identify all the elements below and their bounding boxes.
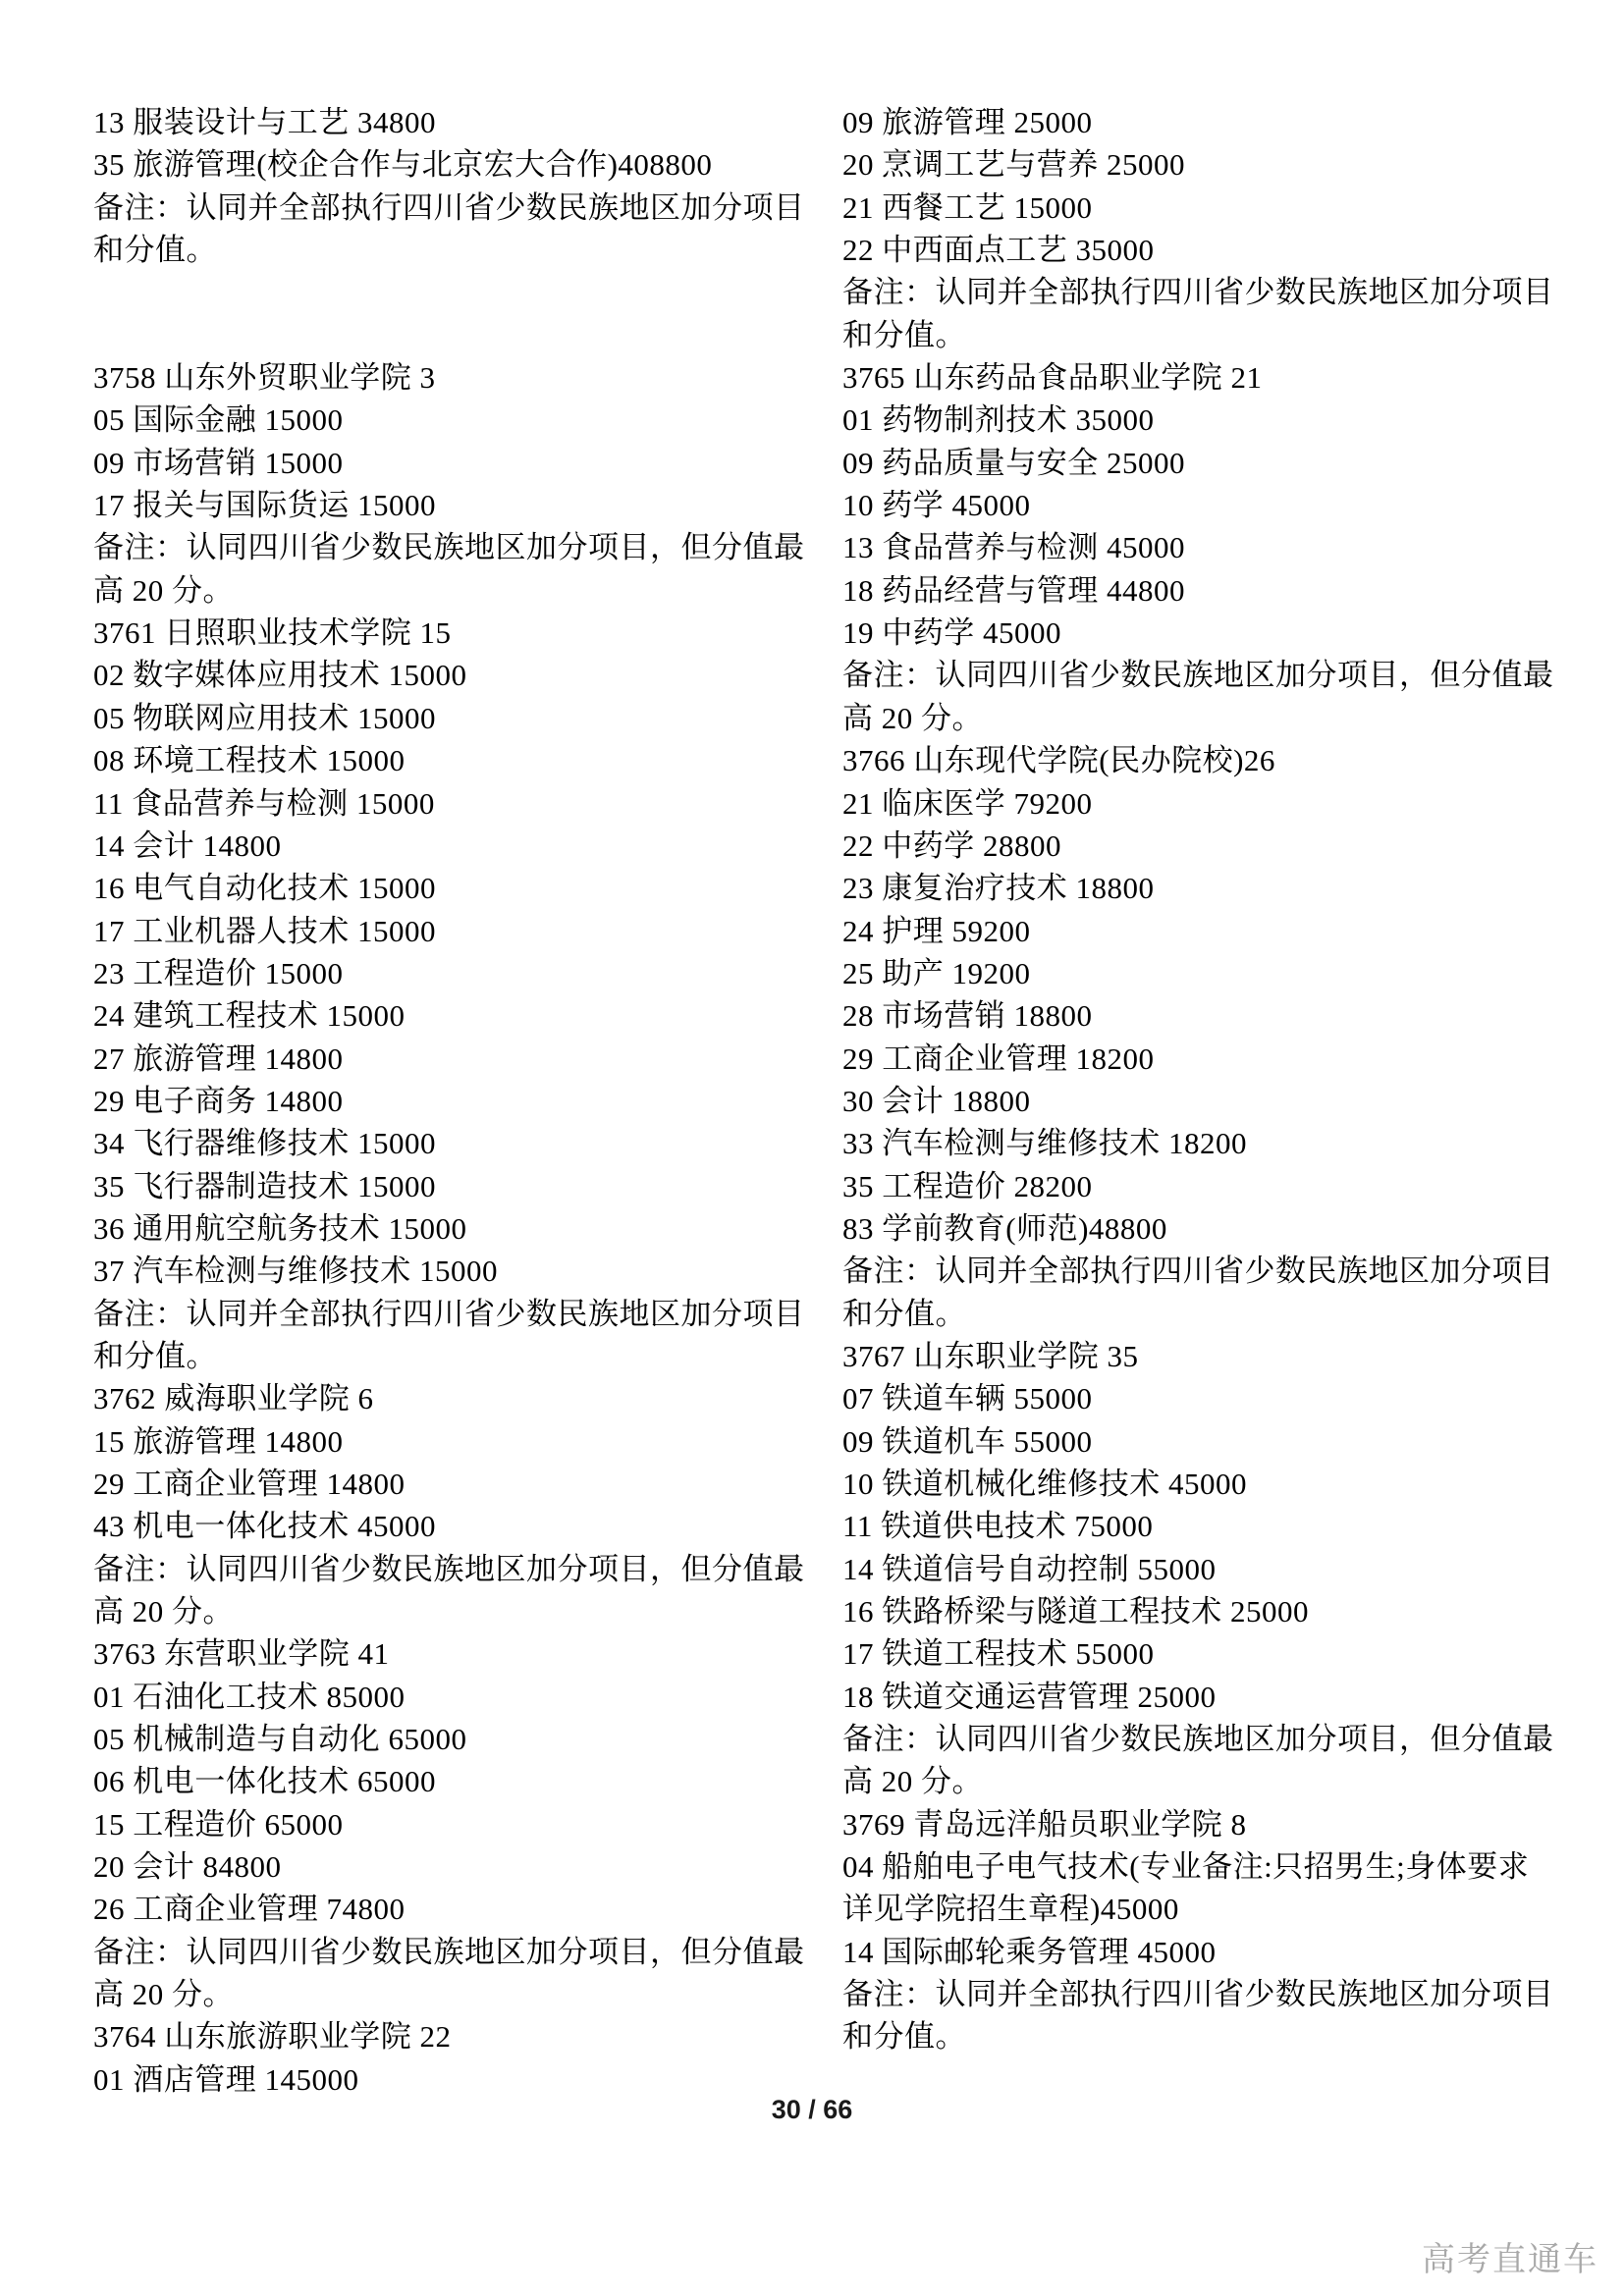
text-line: 05 物联网应用技术 15000 [93, 697, 805, 739]
text-line: 28 市场营销 18800 [842, 994, 1554, 1037]
text-line: 43 机电一体化技术 45000 [93, 1505, 805, 1547]
text-line: 3767 山东职业学院 35 [842, 1335, 1554, 1377]
page-number: 30 / 66 [0, 2095, 1624, 2125]
text-line: 备注：认同四川省少数民族地区加分项目，但分值最 [842, 654, 1554, 696]
text-line: 15 旅游管理 14800 [93, 1420, 805, 1463]
text-line: 和分值。 [93, 1335, 805, 1377]
text-line: 16 铁路桥梁与隧道工程技术 25000 [842, 1590, 1554, 1632]
text-line: 83 学前教育(师范)48800 [842, 1207, 1554, 1250]
text-line: 3769 青岛远洋船员职业学院 8 [842, 1803, 1554, 1845]
text-line: 06 机电一体化技术 65000 [93, 1760, 805, 1802]
text-line: 01 石油化工技术 85000 [93, 1676, 805, 1718]
text-line: 19 中药学 45000 [842, 612, 1554, 654]
text-line: 13 服装设计与工艺 34800 [93, 101, 805, 143]
text-line: 备注：认同四川省少数民族地区加分项目，但分值最 [93, 1548, 805, 1590]
text-line: 15 工程造价 65000 [93, 1803, 805, 1845]
text-line: 04 船舶电子电气技术(专业备注:只招男生;身体要求 [842, 1845, 1554, 1888]
text-line: 09 铁道机车 55000 [842, 1420, 1554, 1463]
text-line: 20 烹调工艺与营养 25000 [842, 143, 1554, 186]
text-line: 20 会计 84800 [93, 1845, 805, 1888]
text-line: 36 通用航空航务技术 15000 [93, 1207, 805, 1250]
text-line: 和分值。 [842, 1293, 1554, 1335]
text-line: 05 机械制造与自动化 65000 [93, 1718, 805, 1760]
text-line: 29 电子商务 14800 [93, 1080, 805, 1122]
text-line: 备注：认同并全部执行四川省少数民族地区加分项目 [93, 1293, 805, 1335]
text-line [93, 314, 805, 356]
text-line: 05 国际金融 15000 [93, 399, 805, 441]
text-line: 18 药品经营与管理 44800 [842, 569, 1554, 612]
text-line: 33 汽车检测与维修技术 18200 [842, 1122, 1554, 1164]
text-line: 备注：认同并全部执行四川省少数民族地区加分项目 [842, 1250, 1554, 1292]
text-line: 23 康复治疗技术 18800 [842, 867, 1554, 909]
text-line: 高 20 分。 [93, 569, 805, 612]
text-line: 09 药品质量与安全 25000 [842, 442, 1554, 484]
text-line: 3758 山东外贸职业学院 3 [93, 356, 805, 399]
text-line: 35 旅游管理(校企合作与北京宏大合作)408800 [93, 143, 805, 186]
text-line: 备注：认同并全部执行四川省少数民族地区加分项目 [93, 187, 805, 229]
text-line: 14 铁道信号自动控制 55000 [842, 1548, 1554, 1590]
text-line: 3761 日照职业技术学院 15 [93, 612, 805, 654]
text-line: 29 工商企业管理 18200 [842, 1038, 1554, 1080]
text-line: 07 铁道车辆 55000 [842, 1377, 1554, 1419]
text-line: 22 中药学 28800 [842, 825, 1554, 867]
text-line: 高 20 分。 [93, 1973, 805, 2015]
text-line: 备注：认同并全部执行四川省少数民族地区加分项目 [842, 271, 1554, 313]
text-line: 24 建筑工程技术 15000 [93, 994, 805, 1037]
text-line: 17 工业机器人技术 15000 [93, 910, 805, 952]
text-line: 和分值。 [842, 2015, 1554, 2057]
text-column-left: 13 服装设计与工艺 3480035 旅游管理(校企合作与北京宏大合作)4088… [93, 101, 805, 2101]
text-line: 29 工商企业管理 14800 [93, 1463, 805, 1505]
text-line: 14 会计 14800 [93, 825, 805, 867]
text-line: 35 飞行器制造技术 15000 [93, 1165, 805, 1207]
text-line: 详见学院招生章程)45000 [842, 1888, 1554, 1930]
text-line: 10 药学 45000 [842, 484, 1554, 526]
text-line: 02 数字媒体应用技术 15000 [93, 654, 805, 696]
text-line: 09 市场营销 15000 [93, 442, 805, 484]
text-line: 22 中西面点工艺 35000 [842, 229, 1554, 271]
text-line: 35 工程造价 28200 [842, 1165, 1554, 1207]
text-line [93, 271, 805, 313]
text-line: 34 飞行器维修技术 15000 [93, 1122, 805, 1164]
text-line: 11 铁道供电技术 75000 [842, 1505, 1554, 1547]
text-line: 备注：认同四川省少数民族地区加分项目，但分值最 [93, 1931, 805, 1973]
text-line: 高 20 分。 [93, 1590, 805, 1632]
text-line: 10 铁道机械化维修技术 45000 [842, 1463, 1554, 1505]
text-line: 3763 东营职业学院 41 [93, 1632, 805, 1675]
text-line: 01 药物制剂技术 35000 [842, 399, 1554, 441]
text-line: 高 20 分。 [842, 697, 1554, 739]
text-line: 3764 山东旅游职业学院 22 [93, 2015, 805, 2057]
text-line: 27 旅游管理 14800 [93, 1038, 805, 1080]
text-line: 3766 山东现代学院(民办院校)26 [842, 739, 1554, 781]
watermark: 高考直通车 [1422, 2232, 1598, 2280]
text-line: 37 汽车检测与维修技术 15000 [93, 1250, 805, 1292]
text-line: 和分值。 [93, 229, 805, 271]
text-line: 30 会计 18800 [842, 1080, 1554, 1122]
text-line: 备注：认同四川省少数民族地区加分项目，但分值最 [93, 526, 805, 568]
text-line: 13 食品营养与检测 45000 [842, 526, 1554, 568]
text-line: 26 工商企业管理 74800 [93, 1888, 805, 1930]
text-line: 3762 威海职业学院 6 [93, 1377, 805, 1419]
text-line: 21 临床医学 79200 [842, 782, 1554, 825]
text-line: 17 铁道工程技术 55000 [842, 1632, 1554, 1675]
text-line: 23 工程造价 15000 [93, 952, 805, 994]
text-column-right: 09 旅游管理 2500020 烹调工艺与营养 2500021 西餐工艺 150… [842, 101, 1554, 2058]
text-line: 25 助产 19200 [842, 952, 1554, 994]
text-line: 16 电气自动化技术 15000 [93, 867, 805, 909]
text-line: 24 护理 59200 [842, 910, 1554, 952]
text-line: 14 国际邮轮乘务管理 45000 [842, 1931, 1554, 1973]
text-line: 备注：认同并全部执行四川省少数民族地区加分项目 [842, 1973, 1554, 2015]
text-line: 08 环境工程技术 15000 [93, 739, 805, 781]
text-line: 09 旅游管理 25000 [842, 101, 1554, 143]
text-line: 备注：认同四川省少数民族地区加分项目，但分值最 [842, 1718, 1554, 1760]
text-line: 高 20 分。 [842, 1760, 1554, 1802]
text-line: 11 食品营养与检测 15000 [93, 782, 805, 825]
text-line: 21 西餐工艺 15000 [842, 187, 1554, 229]
text-line: 18 铁道交通运营管理 25000 [842, 1676, 1554, 1718]
text-line: 3765 山东药品食品职业学院 21 [842, 356, 1554, 399]
text-line: 17 报关与国际货运 15000 [93, 484, 805, 526]
text-line: 和分值。 [842, 314, 1554, 356]
